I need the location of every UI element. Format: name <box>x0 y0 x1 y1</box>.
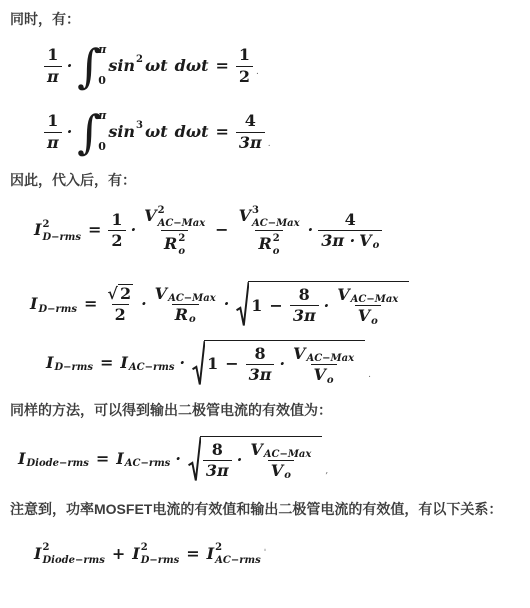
subscript: D−rms <box>54 362 93 374</box>
subscript: AC−Max <box>252 218 300 231</box>
fraction-sqrt2-over-2: √ 2 2 <box>104 284 136 325</box>
superscript: 2 <box>42 219 49 232</box>
fraction-numerator: 8 <box>251 345 268 364</box>
fraction-eight-over-3pi: 8 3π <box>290 286 319 326</box>
subscript: AC−Max <box>168 293 216 305</box>
fraction-numerator: 8 <box>209 441 226 460</box>
sup-sub-stack: 2 Diode−rms <box>42 542 104 567</box>
resistance-symbol: R <box>164 235 177 253</box>
fraction-v-over-vo: V AC−Max V o <box>334 286 401 326</box>
fraction-denominator: R 2 o <box>255 230 282 257</box>
fraction-denominator: 3π · V o <box>318 230 382 250</box>
fraction-v3-over-r2: V 3 AC−Max R 2 o <box>236 204 303 257</box>
minus-sign: − <box>269 297 282 315</box>
fraction-numerator: √ 2 <box>104 284 136 304</box>
fraction-numerator: V AC−Max <box>247 441 314 460</box>
fraction-denominator: V o <box>268 460 294 480</box>
fraction-one-over-pi: 1 π <box>44 46 62 86</box>
radicand: 2 <box>118 284 133 303</box>
subscript: AC−Max <box>351 294 399 306</box>
equals-sign: = <box>215 57 228 75</box>
radical-sign: √ <box>107 285 118 303</box>
voltage-symbol: V <box>358 307 370 325</box>
fraction-denominator: 2 <box>108 230 125 250</box>
paragraph-mark: . <box>256 67 259 77</box>
subscript: AC−Max <box>306 353 354 365</box>
sup-sub-stack: 2 D−rms <box>141 542 180 567</box>
fraction-numerator: 1 <box>44 112 61 131</box>
formula-idiode-rms: I Diode−rms = I AC−rms · 8 3π · V AC−Max <box>18 436 524 483</box>
multiply-dot: · <box>131 221 137 239</box>
square-root: 1 − 8 3π · V AC−Max V o <box>236 281 409 328</box>
current-symbol: I <box>132 545 139 563</box>
one: 1 <box>207 355 218 373</box>
formula-sum-of-squares: I 2 Diode−rms + I 2 D−rms = I 2 AC−rms ˈ <box>34 541 524 566</box>
omega-t: ωt <box>145 123 168 141</box>
voltage-symbol: V <box>271 462 283 480</box>
subscript: o <box>371 316 378 328</box>
voltage-symbol: V <box>337 286 349 304</box>
fraction-v-over-vo: V AC−Max V o <box>290 345 357 385</box>
fraction-numerator: 8 <box>296 286 313 305</box>
fraction-denominator: V o <box>355 305 381 325</box>
subscript: o <box>189 314 196 326</box>
equals-sign: = <box>100 354 113 372</box>
fraction-denominator: π <box>44 132 62 152</box>
superscript: 2 <box>273 233 280 246</box>
superscript: 2 <box>141 542 148 555</box>
formula-id-rms-expanded: I D−rms = √ 2 2 · V AC−Max R o · 1 <box>30 281 524 328</box>
fraction-one-half: 1 2 <box>236 46 253 86</box>
multiply-dot: · <box>141 295 147 313</box>
document-page: 同时，有： 1 π · ∫ π 0 sin2ωt dωt = 1 2 . 1 π… <box>0 0 530 608</box>
integral-limits: π 0 <box>98 109 106 155</box>
resistance-symbol: R <box>175 306 188 324</box>
fraction-v-over-r: V AC−Max R o <box>152 285 219 325</box>
subscript: AC−rms <box>129 362 175 374</box>
subscript: o <box>178 246 185 259</box>
current-symbol: I <box>207 545 214 563</box>
superscript: 2 <box>178 233 185 246</box>
current-symbol: I <box>34 545 41 563</box>
multiply-dot: · <box>224 295 230 313</box>
multiply-dot: · <box>237 451 243 469</box>
superscript: 3 <box>252 205 259 218</box>
sup-sub-stack: 2 AC−Max <box>158 205 206 230</box>
fraction-numerator: V AC−Max <box>290 345 357 364</box>
fraction-v-over-vo: V AC−Max V o <box>247 441 314 481</box>
superscript: 2 <box>42 542 49 555</box>
radicand-content: 8 3π · V AC−Max V o <box>200 436 322 483</box>
radicand-content: 1 − 8 3π · V AC−Max V o <box>248 281 409 328</box>
voltage-symbol: V <box>359 232 371 250</box>
fraction-four-over-3pivo: 4 3π · V o <box>318 211 382 251</box>
fraction-denominator: R o <box>172 304 199 324</box>
fraction-numerator: V 2 AC−Max <box>141 204 208 230</box>
fraction-numerator: 1 <box>108 211 125 230</box>
equals-sign: = <box>215 123 228 141</box>
fraction-eight-over-3pi: 8 3π <box>203 441 232 481</box>
voltage-symbol: V <box>239 207 251 225</box>
subscript: Diode−rms <box>26 458 88 470</box>
fraction-numerator: 4 <box>342 211 359 230</box>
sup-sub-stack: 2 AC−rms <box>215 542 261 567</box>
equals-sign: = <box>84 295 97 313</box>
integral-limits: π 0 <box>98 43 106 89</box>
square-root: 8 3π · V AC−Max V o <box>188 436 322 483</box>
fraction-four-over-3pi: 4 3π <box>236 112 265 152</box>
fraction-denominator: 3π <box>236 132 265 152</box>
paragraph-substitution: 因此，代入后，有： <box>10 171 524 190</box>
superscript: 2 <box>158 205 165 218</box>
square-root: 1 − 8 3π · V AC−Max V o <box>192 340 365 387</box>
plus-sign: + <box>112 545 125 563</box>
sup-sub-stack: 2 o <box>273 233 280 258</box>
fraction-denominator: R 2 o <box>161 230 188 257</box>
power-exponent: 2 <box>136 54 143 66</box>
sup-sub-stack: 3 AC−Max <box>252 205 300 230</box>
omega-t: ωt <box>145 57 168 75</box>
subscript: AC−rms <box>125 458 171 470</box>
superscript: 2 <box>215 542 222 555</box>
subscript: AC−Max <box>264 449 312 461</box>
multiply-dot: · <box>179 354 185 372</box>
formula-integral-sin-cubed: 1 π · ∫ π 0 sin3ωt dωt = 4 3π . <box>44 109 524 155</box>
integral-lower-limit: 0 <box>98 141 106 152</box>
resistance-symbol: R <box>258 235 271 253</box>
paragraph-mark: . <box>268 139 271 149</box>
power-exponent: 3 <box>136 120 143 132</box>
fraction-denominator: π <box>44 66 62 86</box>
multiply-dot: · <box>308 221 314 239</box>
current-symbol: I <box>46 354 53 372</box>
fraction-denominator: 3π <box>290 305 319 325</box>
radicand-content: 1 − 8 3π · V AC−Max V o <box>204 340 365 387</box>
subscript: o <box>373 240 380 252</box>
fraction-denominator: V o <box>311 364 337 384</box>
current-symbol: I <box>34 221 41 239</box>
subscript: o <box>273 246 280 259</box>
paragraph-mark: . <box>368 370 371 380</box>
equals-sign: = <box>96 450 109 468</box>
fraction-numerator: 4 <box>242 112 259 131</box>
subscript: Diode−rms <box>42 555 104 568</box>
fraction-numerator: 1 <box>44 46 61 65</box>
minus-sign: − <box>225 355 238 373</box>
equals-sign: = <box>88 221 101 239</box>
voltage-symbol: V <box>293 345 305 363</box>
three-pi-dot: 3π · <box>321 232 355 250</box>
voltage-symbol: V <box>155 285 167 303</box>
subscript: D−rms <box>141 555 180 568</box>
integral-upper-limit: π <box>98 44 106 55</box>
subscript: AC−Max <box>158 218 206 231</box>
fraction-eight-over-3pi: 8 3π <box>246 345 275 385</box>
integral-lower-limit: 0 <box>98 75 106 86</box>
fraction-numerator: V AC−Max <box>334 286 401 305</box>
voltage-symbol: V <box>144 207 156 225</box>
sin-function: sin <box>108 57 135 75</box>
integral-upper-limit: π <box>98 110 106 121</box>
fraction-denominator: 2 <box>236 66 253 86</box>
fraction-numerator: 1 <box>236 46 253 65</box>
current-symbol: I <box>120 354 127 372</box>
integral: ∫ π 0 <box>77 109 106 155</box>
multiply-dot: · <box>279 355 285 373</box>
fraction-denominator: 3π <box>203 460 232 480</box>
fraction-denominator: 3π <box>246 364 275 384</box>
formula-id-rms-via-iac: I D−rms = I AC−rms · 1 − 8 3π · V AC−Max <box>46 340 524 387</box>
one: 1 <box>251 297 262 315</box>
paragraph-relationship: 注意到，功率MOSFET电流的有效值和输出二极管电流的有效值，有以下关系： <box>10 500 524 519</box>
voltage-symbol: V <box>250 441 262 459</box>
multiply-dot: · <box>324 297 330 315</box>
integral: ∫ π 0 <box>77 43 106 89</box>
differential: dωt <box>175 57 209 75</box>
voltage-symbol: V <box>314 366 326 384</box>
current-symbol: I <box>116 450 123 468</box>
sup-sub-stack: 2 o <box>178 233 185 258</box>
fraction-v2-over-r2: V 2 AC−Max R 2 o <box>141 204 208 257</box>
paragraph-mark: ˈ <box>264 549 266 559</box>
sup-sub-stack: 2 D−rms <box>42 219 81 244</box>
subscript: D−rms <box>42 232 81 245</box>
minus-sign: − <box>215 221 228 239</box>
subscript: D−rms <box>38 304 77 316</box>
subscript: AC−rms <box>215 555 261 568</box>
subscript: o <box>284 470 291 482</box>
formula-id-rms-squared: I 2 D−rms = 1 2 · V 2 AC−Max R 2 o <box>34 204 524 257</box>
fraction-denominator: 2 <box>112 304 129 324</box>
multiply-dot: · <box>175 450 181 468</box>
fraction-one-half: 1 2 <box>108 211 125 251</box>
formula-integral-sin-squared: 1 π · ∫ π 0 sin2ωt dωt = 1 2 . <box>44 43 524 89</box>
fraction-numerator: V AC−Max <box>152 285 219 304</box>
equals-sign: = <box>186 545 199 563</box>
fraction-numerator: V 3 AC−Max <box>236 204 303 230</box>
paragraph-intro: 同时，有： <box>10 10 524 29</box>
multiply-dot: · <box>67 57 73 75</box>
subscript: o <box>327 375 334 387</box>
multiply-dot: · <box>67 123 73 141</box>
paragraph-diode-rms: 同样的方法，可以得到输出二极管电流的有效值为： <box>10 401 524 420</box>
current-symbol: I <box>18 450 25 468</box>
fraction-one-over-pi: 1 π <box>44 112 62 152</box>
paragraph-mark: , <box>325 466 328 476</box>
sin-function: sin <box>108 123 135 141</box>
current-symbol: I <box>30 295 37 313</box>
differential: dωt <box>175 123 209 141</box>
